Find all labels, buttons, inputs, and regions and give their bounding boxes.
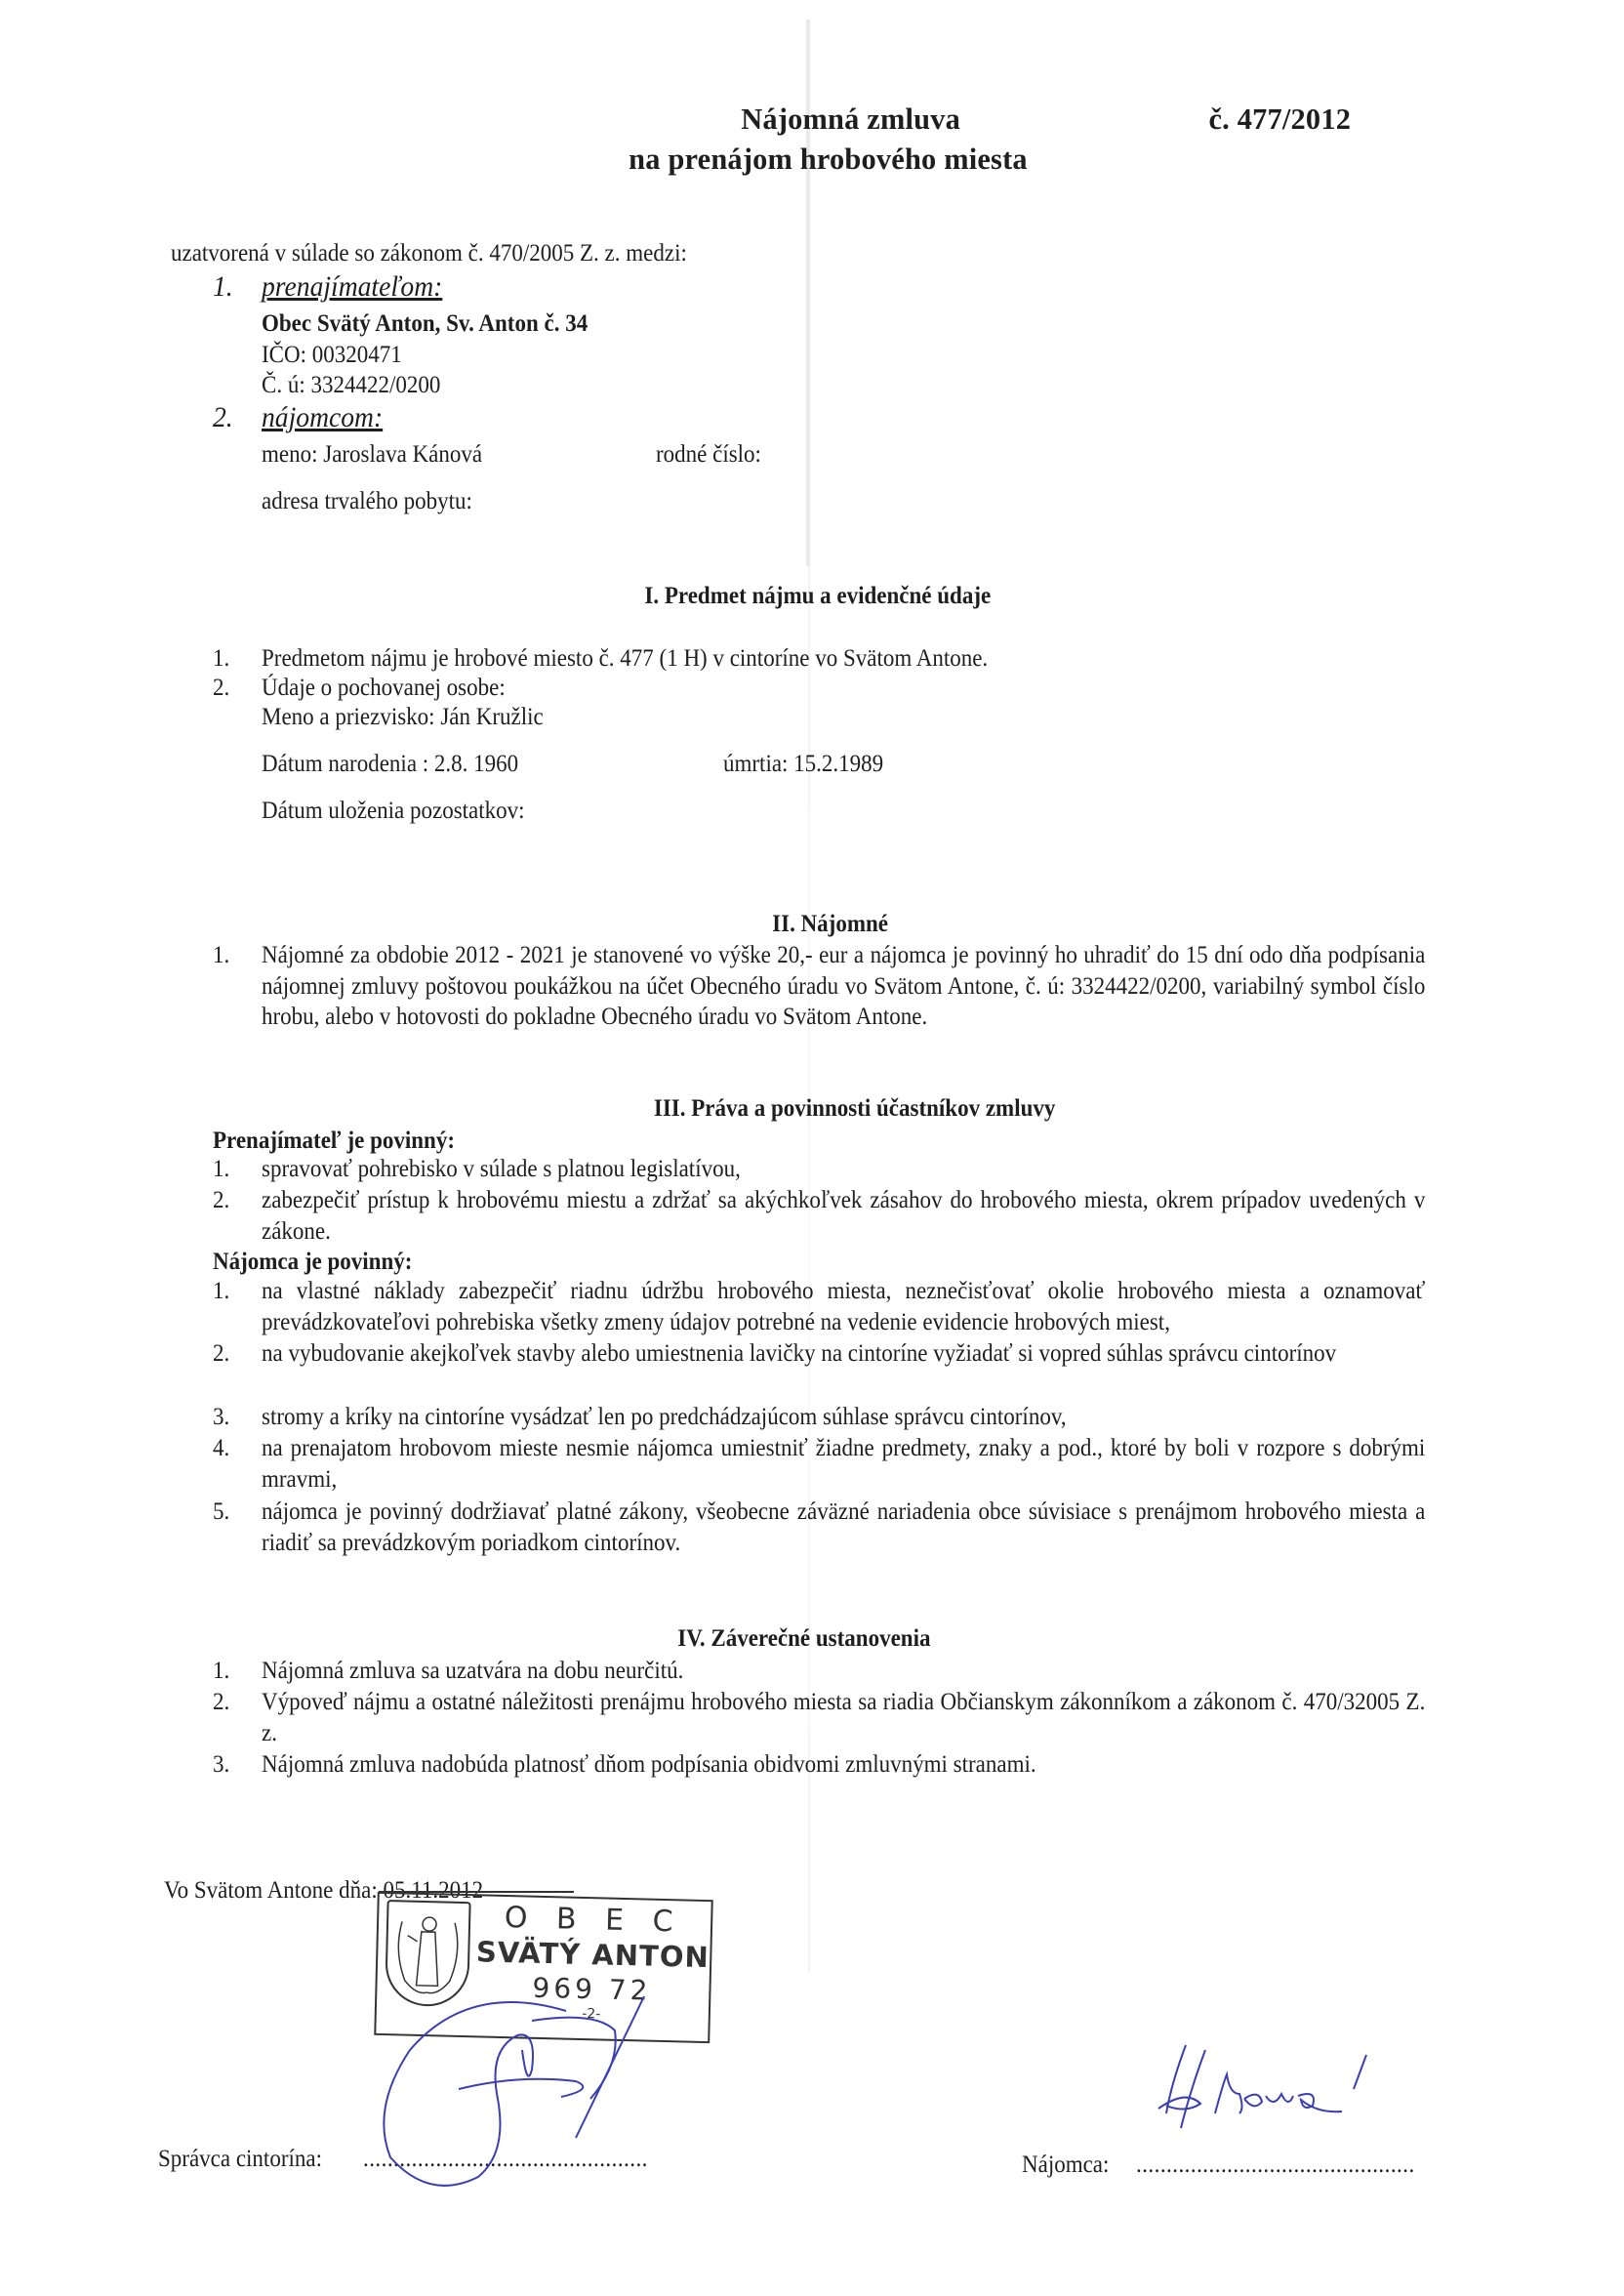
s3-t-item1-text: na vlastné náklady zabezpečiť riadnu údr… [262,1276,1425,1337]
death-date: úmrtia: 15.2.1989 [723,749,883,780]
s4-item1-text: Nájomná zmluva sa uzatvára na dobu neurč… [262,1656,683,1687]
s3-t-item3-text: stromy a kríky na cintoríne vysádzať len… [262,1402,1067,1433]
s2-item1-num: 1. [213,940,229,971]
stamp-line2: SVÄTÝ ANTON [475,1935,710,1974]
tenant-signature-line: ........................................… [1136,2150,1415,2181]
s3-l-item2-num: 2. [213,1185,229,1216]
s4-item2-num: 2. [213,1687,229,1718]
s3-t-item2-num: 2. [213,1338,229,1370]
s4-item3-text: Nájomná zmluva nadobúda platnosť dňom po… [262,1749,1036,1781]
s3-l-item2-text: zabezpečiť prístup k hrobovému miestu a … [262,1185,1425,1247]
party2-label: nájomcom: [262,402,383,433]
title-line1: Nájomná zmluva [741,102,960,137]
stamp-line1: O B E C [476,1900,711,1940]
tenant-name: meno: Jaroslava Kánová [262,439,482,471]
landlord-ico: IČO: 00320471 [262,340,402,371]
landlord-name: Obec Svätý Anton, Sv. Anton č. 34 [262,308,588,340]
tenant-signature [1147,2035,1371,2143]
title-line2: na prenájom hrobového miesta [629,142,1028,177]
intro-text: uzatvorená v súlade so zákonom č. 470/20… [171,238,687,269]
tenant-label: Nájomca: [1022,2150,1109,2181]
s3-t-item5-num: 5. [213,1496,229,1528]
party1-label: prenajímateľom: [262,271,442,303]
s4-item1-num: 1. [213,1656,229,1687]
s3-t-item4-text: na prenajatom hrobovom mieste nesmie náj… [262,1433,1425,1495]
birth-number-label: rodné číslo: [656,439,761,471]
section4-heading: IV. Záverečné ustanovenia [677,1625,930,1653]
manager-signature [351,1991,664,2196]
s3-t-item5-text: nájomca je povinný dodržiavať platné zák… [262,1496,1425,1558]
s3-t-item2-text: na vybudovanie akejkoľvek stavby alebo u… [262,1338,1425,1370]
landlord-duties-heading: Prenajímateľ je povinný: [213,1126,455,1157]
s2-item1-text: Nájomné za obdobie 2012 - 2021 je stanov… [262,940,1425,1033]
party1-number: 1. [213,271,233,303]
section3-heading: III. Práva a povinnosti účastníkov zmluv… [654,1095,1056,1123]
birth-date: Dátum narodenia : 2.8. 1960 [262,749,518,780]
s1-item2-num: 2. [213,673,229,704]
s1-item1-num: 1. [213,643,229,675]
s3-t-item1-num: 1. [213,1276,229,1307]
section2-heading: II. Nájomné [772,911,888,938]
s4-item2-text: Výpoveď nájmu a ostatné náležitosti pren… [262,1687,1425,1748]
s1-item2-text: Údaje o pochovanej osobe: [262,673,506,704]
contract-number: č. 477/2012 [1208,102,1351,137]
s4-item3-num: 3. [213,1749,229,1781]
s3-l-item1-num: 1. [213,1154,229,1185]
address-label: adresa trvalého pobytu: [262,486,472,517]
s3-t-item3-num: 3. [213,1402,229,1433]
s3-t-item4-num: 4. [213,1433,229,1464]
s1-item1-text: Predmetom nájmu je hrobové miesto č. 477… [262,643,988,675]
landlord-account: Č. ú: 3324422/0200 [262,370,440,401]
s3-l-item1-text: spravovať pohrebisko v súlade s platnou … [262,1154,741,1185]
section1-heading: I. Predmet nájmu a evidenčné údaje [644,583,991,610]
party2-number: 2. [213,402,233,433]
tenant-duties-heading: Nájomca je povinný: [213,1247,412,1278]
manager-label: Správca cintorína: [158,2144,322,2175]
burial-date-label: Dátum uloženia pozostatkov: [262,796,525,827]
deceased-name: Meno a priezvisko: Ján Kružlic [262,702,544,733]
